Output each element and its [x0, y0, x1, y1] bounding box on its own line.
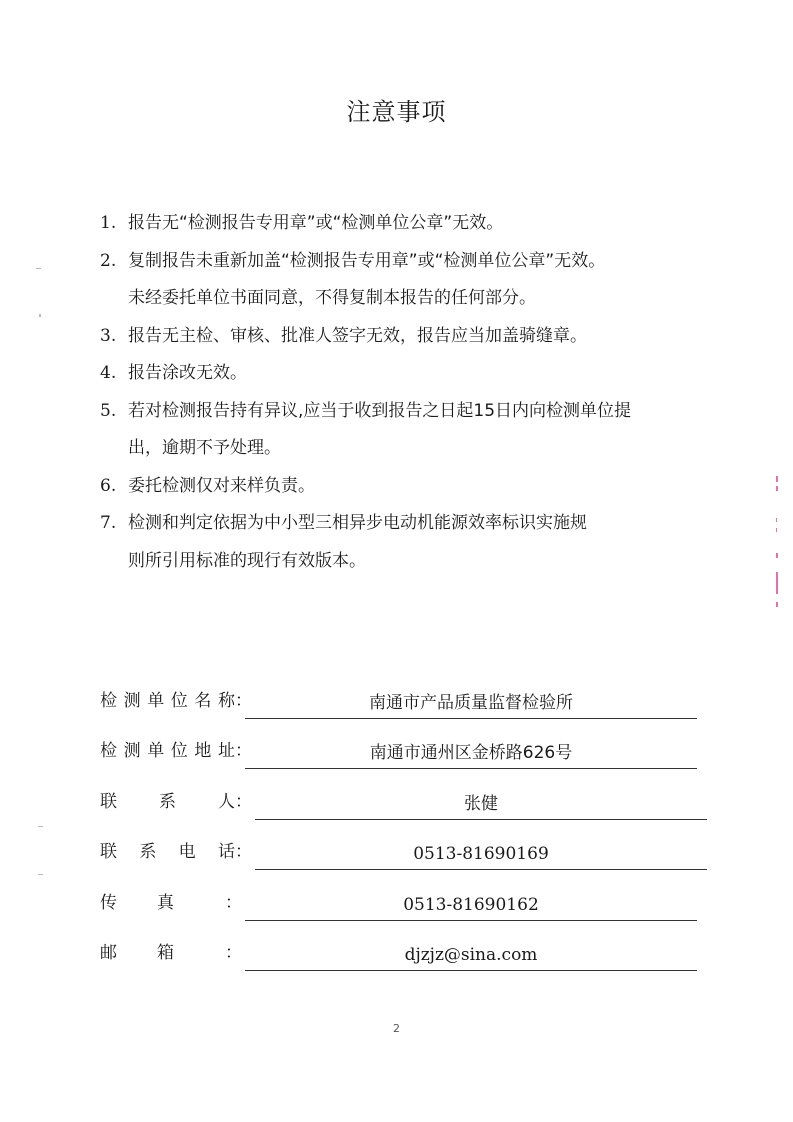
- notice-text: 检测和判定依据为中小型三相异步电动机能源效率标识实施规 则所引用标准的现行有效版…: [128, 505, 720, 580]
- label-char: 位: [171, 686, 188, 711]
- fax-row: 传 真 ： 0513-81690162: [100, 870, 700, 921]
- notice-text: 报告涂改无效。: [128, 355, 720, 393]
- notice-text: 委托检测仅对来样负责。: [128, 468, 720, 506]
- notice-number: 5.: [100, 393, 128, 468]
- seal-edge-mark: [776, 553, 778, 558]
- label-char: 址: [218, 736, 235, 761]
- notice-number: 2.: [100, 243, 128, 318]
- notice-item-4: 4. 报告涂改无效。: [100, 355, 720, 393]
- notice-item-7: 7. 检测和判定依据为中小型三相异步电动机能源效率标识实施规 则所引用标准的现行…: [100, 505, 720, 580]
- label-char: 测: [124, 736, 141, 761]
- label-char: 话: [218, 837, 235, 862]
- page-title: 注意事项: [0, 92, 793, 127]
- unit-name-label: 检 测 单 位 名 称: [100, 686, 235, 719]
- unit-name-value: 南通市产品质量监督检验所: [245, 688, 697, 719]
- colon: ：: [225, 938, 245, 971]
- email-row: 邮 箱 ： djzjz@sina.com: [100, 921, 700, 972]
- label-char: 单: [147, 736, 164, 761]
- notice-item-6: 6. 委托检测仅对来样负责。: [100, 468, 720, 506]
- email-label: 邮 箱: [100, 938, 235, 971]
- colon: ：: [235, 686, 245, 719]
- contact-info: 检 测 单 位 名 称 ： 南通市产品质量监督检验所 检 测 单 位 地 址 ：…: [100, 668, 700, 971]
- notice-text: 报告无主检、审核、批准人签字无效，报告应当加盖骑缝章。: [128, 318, 720, 356]
- scan-artifact: [38, 826, 43, 827]
- label-char: 箱: [157, 938, 174, 963]
- notice-number: 4.: [100, 355, 128, 393]
- notice-item-1: 1. 报告无“检测报告专用章”或“检测单位公章”无效。: [100, 205, 720, 243]
- label-char: 真: [157, 888, 174, 913]
- label-char: 检: [100, 686, 117, 711]
- notice-item-3: 3. 报告无主检、审核、批准人签字无效，报告应当加盖骑缝章。: [100, 318, 720, 356]
- notice-number: 6.: [100, 468, 128, 506]
- notice-item-2: 2. 复制报告未重新加盖“检测报告专用章”或“检测单位公章”无效。 未经委托单位…: [100, 243, 720, 318]
- fax-label: 传 真: [100, 888, 235, 921]
- seal-edge-mark: [776, 476, 778, 482]
- label-char: 联: [100, 787, 117, 812]
- seal-edge-mark: [776, 602, 778, 607]
- unit-address-label: 检 测 单 位 地 址: [100, 736, 235, 769]
- email-value: djzjz@sina.com: [245, 945, 697, 971]
- label-char: 系: [159, 787, 176, 812]
- notice-number: 3.: [100, 318, 128, 356]
- contact-person-value: 张健: [255, 789, 707, 820]
- fax-value: 0513-81690162: [245, 895, 697, 921]
- label-char: 电: [179, 837, 196, 862]
- notice-number: 7.: [100, 505, 128, 580]
- colon: ：: [235, 787, 255, 820]
- phone-value: 0513-81690169: [255, 844, 707, 870]
- scan-artifact: [38, 874, 43, 875]
- seal-edge-mark: [776, 572, 778, 594]
- label-char: 邮: [100, 938, 117, 963]
- label-char: 单: [147, 686, 164, 711]
- notice-item-5: 5. 若对检测报告持有异议,应当于收到报告之日起15日内向检测单位提 出，逾期不…: [100, 393, 720, 468]
- label-char: 人: [218, 787, 235, 812]
- notice-line: 复制报告未重新加盖“检测报告专用章”或“检测单位公章”无效。: [128, 243, 720, 281]
- notice-line: 若对检测报告持有异议,应当于收到报告之日起15日内向检测单位提: [128, 393, 720, 431]
- label-char: 传: [100, 888, 117, 913]
- unit-name-row: 检 测 单 位 名 称 ： 南通市产品质量监督检验所: [100, 668, 700, 719]
- colon: ：: [225, 888, 245, 921]
- notice-text: 复制报告未重新加盖“检测报告专用章”或“检测单位公章”无效。 未经委托单位书面同…: [128, 243, 720, 318]
- notice-line: 检测和判定依据为中小型三相异步电动机能源效率标识实施规: [128, 505, 720, 543]
- unit-address-row: 检 测 单 位 地 址 ： 南通市通州区金桥路626号: [100, 719, 700, 770]
- seal-edge-mark: [776, 486, 778, 491]
- unit-address-value: 南通市通州区金桥路626号: [245, 738, 697, 769]
- notice-text: 报告无“检测报告专用章”或“检测单位公章”无效。: [128, 205, 720, 243]
- label-char: 测: [124, 686, 141, 711]
- notice-text: 若对检测报告持有异议,应当于收到报告之日起15日内向检测单位提 出，逾期不予处理…: [128, 393, 720, 468]
- colon: ：: [235, 736, 245, 769]
- notice-line: 出，逾期不予处理。: [128, 430, 720, 468]
- contact-person-label: 联 系 人: [100, 787, 245, 820]
- seal-edge-mark: [776, 518, 777, 522]
- label-char: 检: [100, 736, 117, 761]
- notice-list: 1. 报告无“检测报告专用章”或“检测单位公章”无效。 2. 复制报告未重新加盖…: [100, 205, 720, 580]
- notice-line: 未经委托单位书面同意，不得复制本报告的任何部分。: [128, 280, 720, 318]
- notice-number: 1.: [100, 205, 128, 243]
- label-char: 系: [139, 837, 156, 862]
- label-char: 名: [194, 686, 211, 711]
- notice-line: 则所引用标准的现行有效版本。: [128, 543, 720, 581]
- label-char: 地: [194, 736, 211, 761]
- scan-artifact: [39, 314, 41, 317]
- page-number: 2: [0, 1022, 793, 1035]
- label-char: 位: [171, 736, 188, 761]
- scan-artifact: [36, 268, 41, 269]
- phone-label: 联 系 电 话: [100, 837, 245, 870]
- phone-row: 联 系 电 话 ： 0513-81690169: [100, 820, 700, 871]
- colon: ：: [235, 837, 255, 870]
- label-char: 联: [100, 837, 117, 862]
- label-char: 称: [218, 686, 235, 711]
- contact-person-row: 联 系 人 ： 张健: [100, 769, 700, 820]
- seal-edge-mark: [776, 528, 777, 532]
